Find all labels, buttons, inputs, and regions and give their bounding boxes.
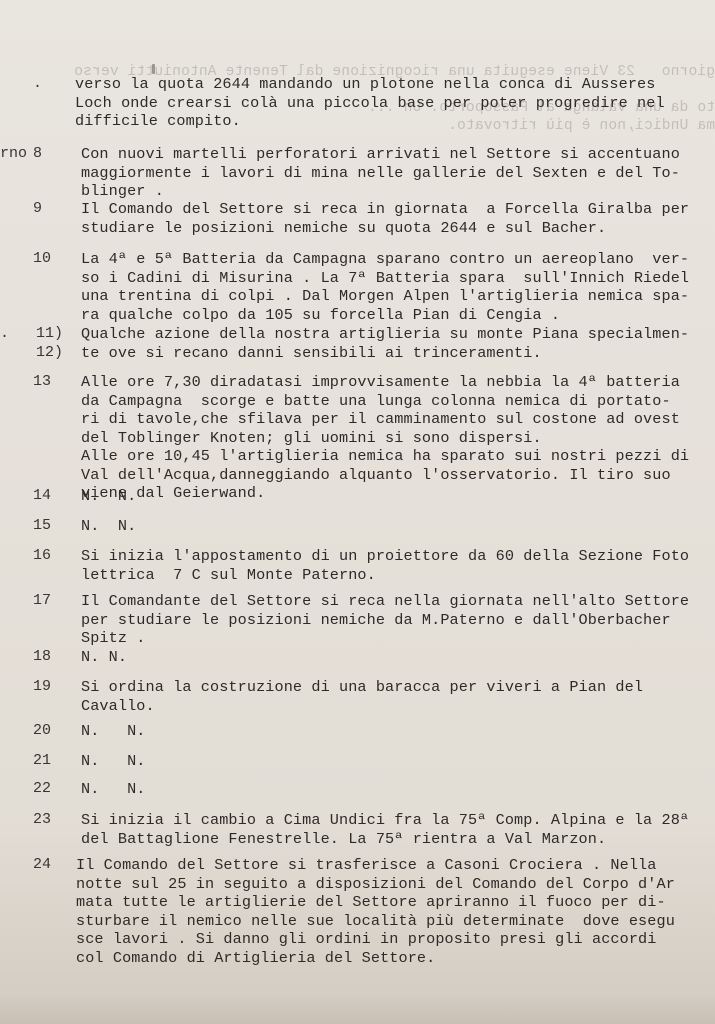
entry-text: Si inizia il cambio a Cima Undici fra la…: [81, 811, 715, 848]
day-number: 23: [33, 811, 73, 830]
document-page: giorno 23 Viene eseguita una ricognizion…: [0, 0, 715, 1024]
entry-text: Il Comando del Settore si reca in giorna…: [81, 200, 715, 237]
entry-text: La 4ª e 5ª Batteria da Campagna sparano …: [81, 250, 715, 324]
day-number: 20: [33, 722, 73, 741]
entry-text: Si inizia l'appostamento di un proiettor…: [81, 547, 715, 584]
entry-text: Con nuovi martelli perforatori arrivati …: [81, 145, 715, 201]
day-number: 13: [33, 373, 73, 392]
day-number: 19: [33, 678, 73, 697]
entry-text: verso la quota 2644 mandando un plotone …: [75, 75, 715, 131]
staple-mark: [152, 64, 155, 74]
day-number: 21: [33, 752, 73, 771]
day-number: 22: [33, 780, 73, 799]
entry-text: N. N.: [81, 648, 715, 667]
entry-text: N. N.: [81, 780, 715, 799]
day-number: 24: [33, 856, 73, 875]
day-number: 11) 12): [36, 325, 76, 362]
entry-text: Qualche azione della nostra artiglieria …: [81, 325, 715, 362]
margin-label: .: [0, 325, 9, 342]
entry-text: Si ordina la costruzione di una baracca …: [81, 678, 715, 715]
entry-text: Il Comando del Settore si trasferisce a …: [76, 856, 715, 967]
day-number: 16: [33, 547, 73, 566]
entry-text: N. N.: [81, 752, 715, 771]
entry-text: Il Comandante del Settore si reca nella …: [81, 592, 715, 648]
day-number: 15: [33, 517, 73, 536]
margin-label: rno: [0, 145, 27, 162]
entry-text: N. N.: [81, 722, 715, 741]
day-number: 10: [33, 250, 73, 269]
day-number: 9: [33, 200, 73, 219]
day-number: .: [33, 75, 73, 94]
day-number: 14: [33, 487, 73, 506]
entry-text: N. N.: [81, 517, 715, 536]
day-number: 18: [33, 648, 73, 667]
entry-text: Alle ore 7,30 diradatasi improvvisamente…: [81, 373, 715, 503]
page-shadow: [0, 994, 715, 1024]
day-number: 8: [33, 145, 73, 164]
entry-text: N. N.: [81, 487, 715, 506]
day-number: 17: [33, 592, 73, 611]
